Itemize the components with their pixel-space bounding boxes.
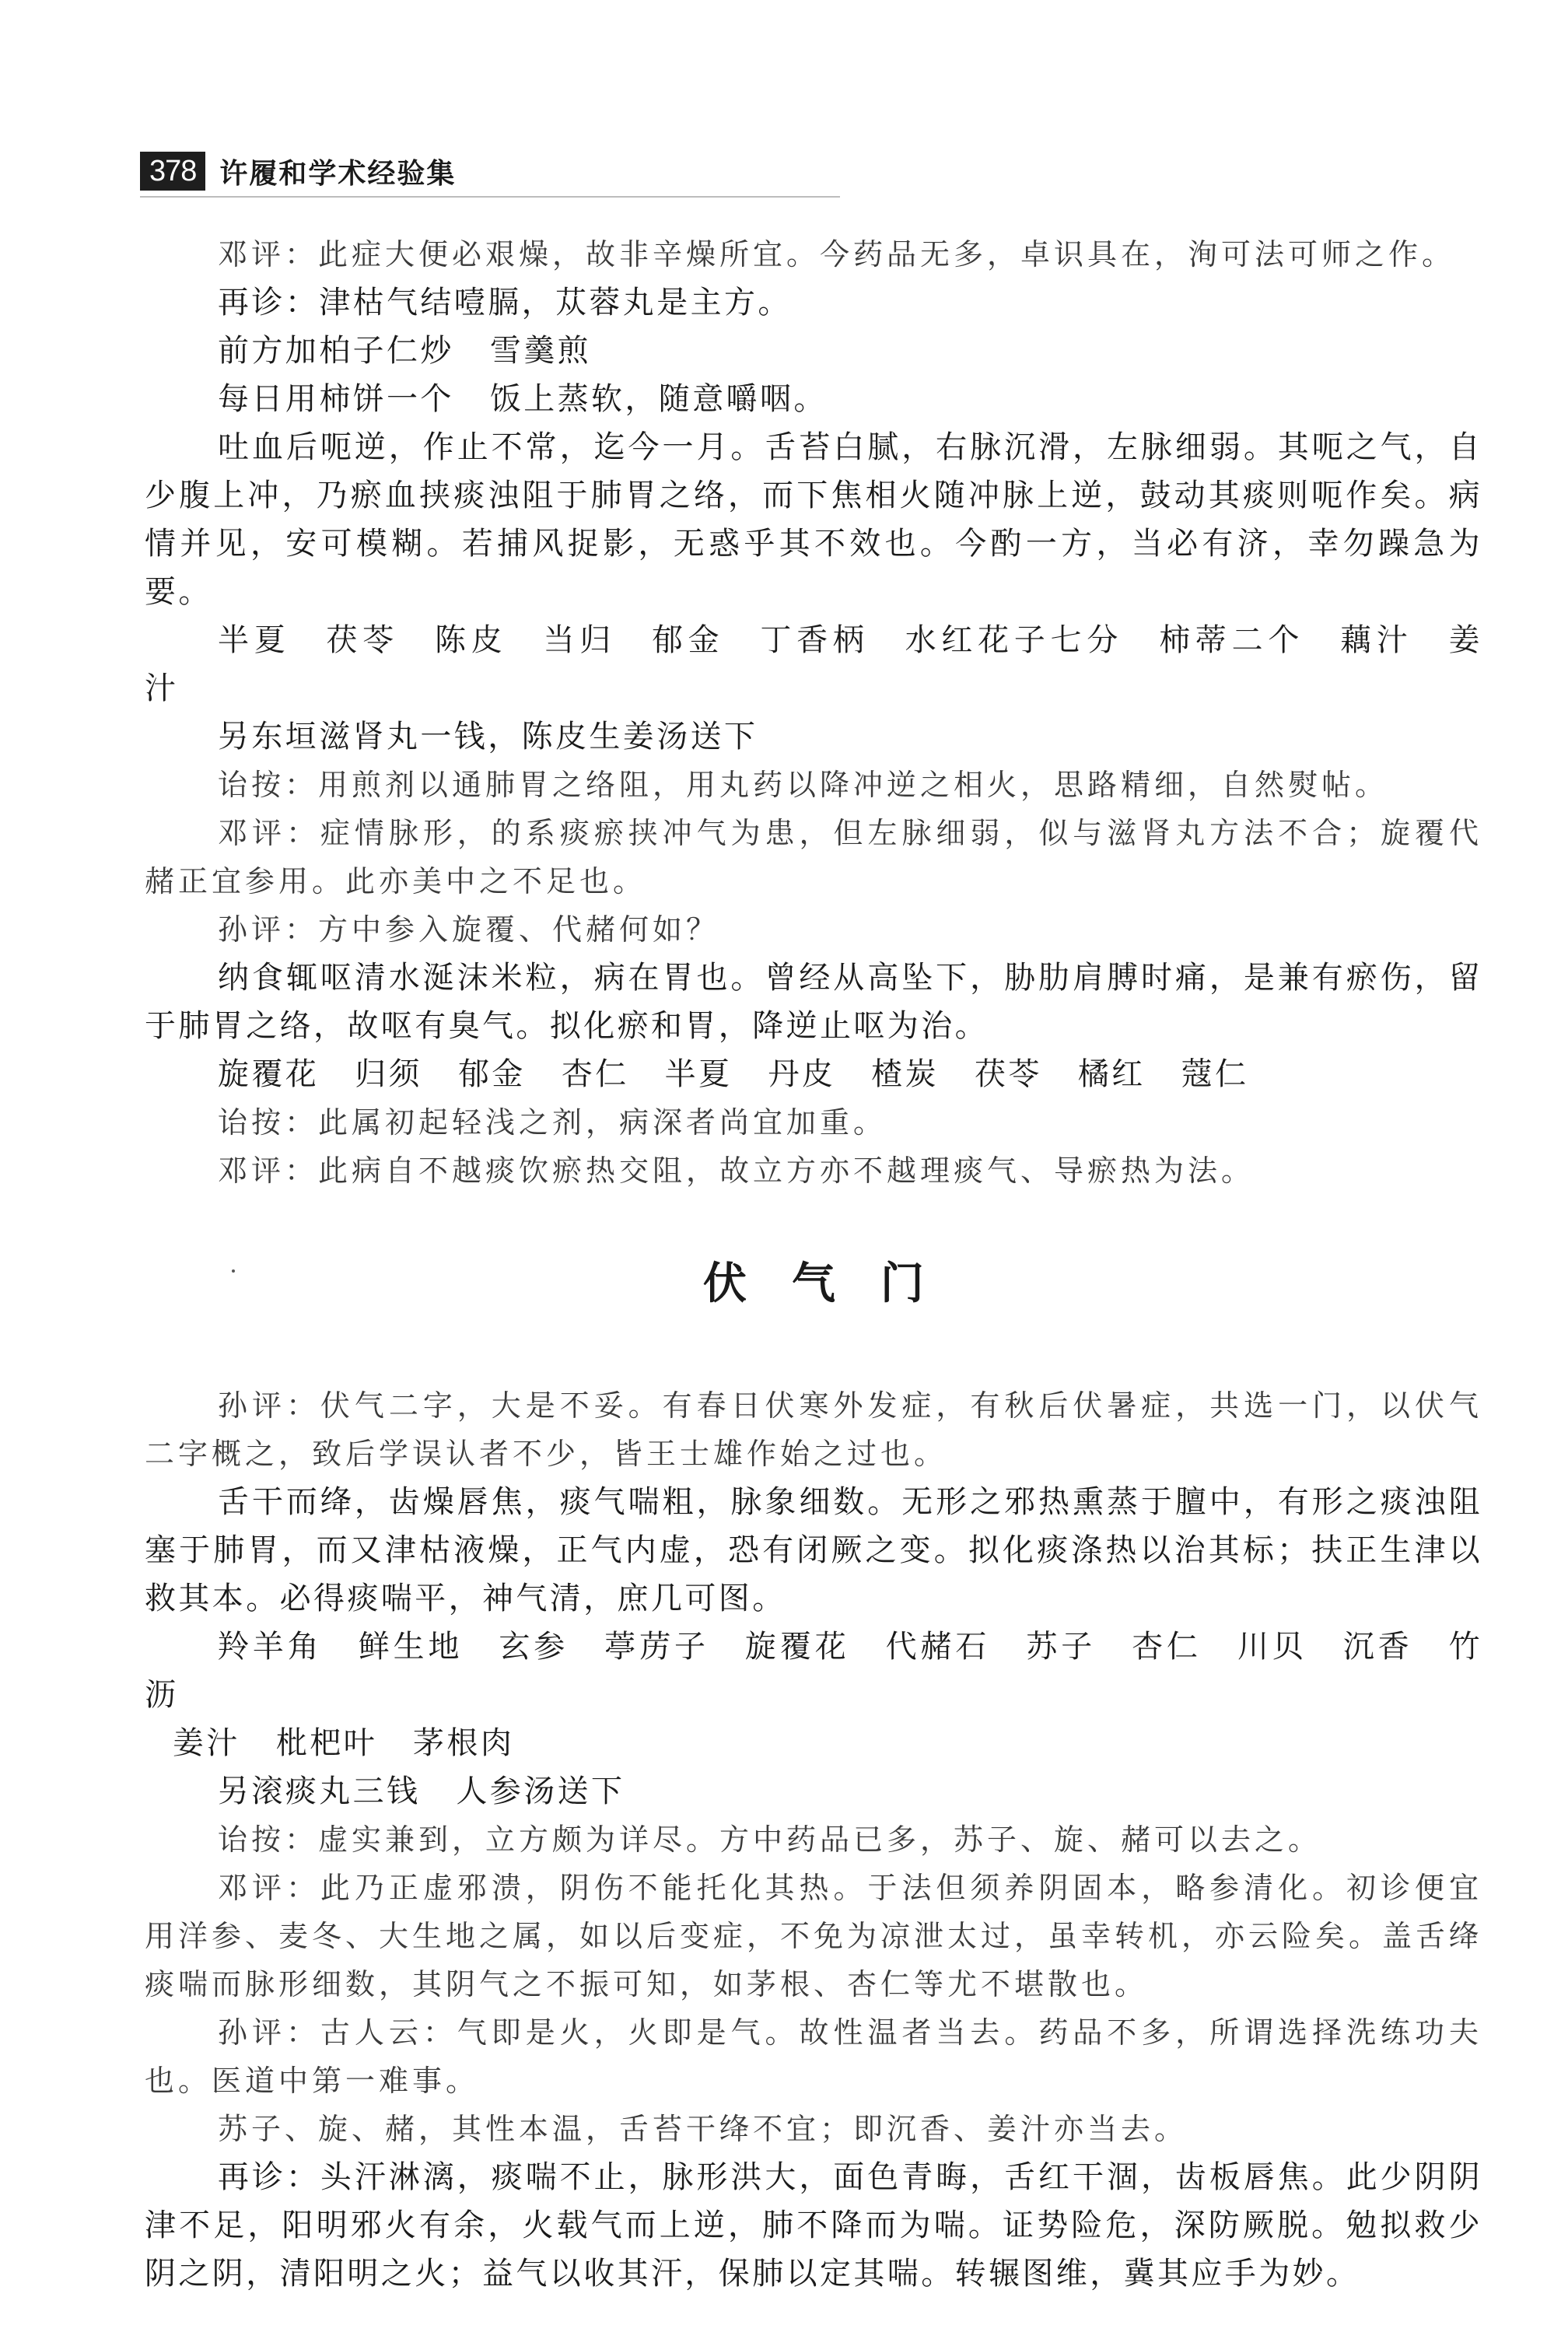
herb-item: 人参汤送下 (456, 1774, 625, 1809)
herb-item: 当归 (543, 622, 615, 658)
herb-item: 丹皮 (768, 1056, 835, 1092)
herb-item: 杏仁 (562, 1056, 629, 1092)
herb-item: 茯苓 (975, 1056, 1042, 1092)
herb-item: 茅根肉 (413, 1725, 514, 1761)
case-paragraph: 舌干而绛，齿燥唇焦，痰气喘粗，脉象细数。无形之邪热熏蒸于膻中，有形之痰浊阻塞于肺… (145, 1478, 1482, 1623)
commentary-paragraph: 诒按：用煎剂以通肺胃之络阻，用丸药以降冲逆之相火，思路精细，自然熨帖。 (145, 761, 1482, 809)
herb-item: 鲜生地 (359, 1629, 464, 1665)
herb-item: 茯苓 (326, 622, 398, 658)
page-body: 邓评：此症大便必艰燥，故非辛燥所宜。今药品无多，卓识具在，洵可法可师之作。再诊：… (145, 230, 1482, 2298)
herb-item: 橘红 (1078, 1056, 1146, 1092)
herb-item: 藕汁 (1340, 622, 1412, 658)
herb-item: 枇杷叶 (276, 1725, 377, 1761)
prescription-line: 半夏茯苓陈皮当归郁金丁香柄水红花子七分柿蒂二个藕汁姜汁 (145, 616, 1482, 713)
herb-item: 蔻仁 (1181, 1056, 1249, 1092)
herb-item: 半夏 (665, 1056, 733, 1092)
herb-item: 饭上蒸软，随意嚼咽。 (490, 381, 828, 417)
case-section-before: 邓评：此症大便必艰燥，故非辛燥所宜。今药品无多，卓识具在，洵可法可师之作。再诊：… (145, 230, 1482, 1195)
commentary-paragraph: 苏子、旋、赭，其性本温，舌苔干绛不宜；即沉香、姜汁亦当去。 (145, 2105, 1482, 2153)
prescription-line: 前方加柏子仁炒雪羹煎 (145, 327, 1482, 375)
commentary-paragraph: 邓评：此症大便必艰燥，故非辛燥所宜。今药品无多，卓识具在，洵可法可师之作。 (145, 230, 1482, 278)
commentary-paragraph: 邓评：此乃正虚邪溃，阴伤不能托化其热。于法但须养阴固本，略参清化。初诊便宜用洋参… (145, 1864, 1482, 2008)
herb-item: 沉香 (1343, 1629, 1413, 1665)
case-paragraph: 纳食辄呕清水涎沫米粒，病在胃也。曾经从高坠下，胁肋肩膊时痛，是兼有瘀伤，留于肺胃… (145, 954, 1482, 1050)
prescription-line: 另滚痰丸三钱人参汤送下 (145, 1767, 1482, 1816)
scan-speck (232, 1269, 235, 1273)
case-section-fuqi: 孙评：伏气二字，大是不妥。有春日伏寒外发症，有秋后伏暑症，共选一门，以伏气二字概… (145, 1381, 1482, 2298)
commentary-paragraph: 孙评：方中参入旋覆、代赭何如？ (145, 905, 1482, 954)
herb-item: 半夏 (218, 622, 290, 658)
herb-item: 姜汁 (173, 1725, 240, 1761)
commentary-paragraph: 诒按：虚实兼到，立方颇为详尽。方中药品已多，苏子、旋、赭可以去之。 (145, 1816, 1482, 1864)
herb-item: 柿蒂二个 (1159, 622, 1304, 658)
case-paragraph: 另东垣滋肾丸一钱，陈皮生姜汤送下 (145, 713, 1482, 761)
herb-item: 代赭石 (886, 1629, 991, 1665)
prescription-line: 每日用柿饼一个饭上蒸软，随意嚼咽。 (145, 375, 1482, 423)
prescription-line: 姜汁枇杷叶茅根肉 (145, 1719, 1482, 1767)
herb-item: 郁金 (458, 1056, 526, 1092)
herb-item: 陈皮 (435, 622, 507, 658)
herb-item: 前方加柏子仁炒 (218, 333, 454, 369)
herb-item: 另滚痰丸三钱 (218, 1774, 420, 1809)
prescription-line: 羚羊角鲜生地玄参葶苈子旋覆花代赭石苏子杏仁川贝沉香竹沥 (145, 1623, 1482, 1719)
herb-item: 葶苈子 (604, 1629, 709, 1665)
commentary-paragraph: 邓评：此病自不越痰饮瘀热交阻，故立方亦不越理痰气、导瘀热为法。 (145, 1147, 1482, 1195)
page-number: 378 (140, 152, 205, 191)
case-paragraph: 再诊：头汗淋漓，痰喘不止，脉形洪大，面色青晦，舌红干涸，齿板唇焦。此少阴阴津不足… (145, 2153, 1482, 2298)
herb-item: 旋覆花 (745, 1629, 850, 1665)
herb-item: 郁金 (652, 622, 724, 658)
herb-item: 旋覆花 (218, 1056, 319, 1092)
commentary-paragraph: 诒按：此属初起轻浅之剂，病深者尚宜加重。 (145, 1098, 1482, 1147)
header-rule (140, 196, 840, 198)
herb-item: 归须 (355, 1056, 422, 1092)
herb-item: 每日用柿饼一个 (218, 381, 454, 417)
prescription-line: 旋覆花归须郁金杏仁半夏丹皮楂炭茯苓橘红蔻仁 (145, 1050, 1482, 1098)
herb-item: 玄参 (499, 1629, 569, 1665)
herb-item: 丁香柄 (760, 622, 869, 658)
herb-item: 杏仁 (1132, 1629, 1202, 1665)
herb-item: 楂炭 (871, 1056, 939, 1092)
herb-item: 雪羹煎 (490, 333, 591, 369)
commentary-paragraph: 孙评：古人云：气即是火，火即是气。故性温者当去。药品不多，所谓选择洗练功夫也。医… (145, 2008, 1482, 2105)
commentary-paragraph: 邓评：症情脉形，的系痰瘀挟冲气为患，但左脉细弱，似与滋肾丸方法不合；旋覆代赭正宜… (145, 809, 1482, 905)
section-title: 伏气门 (145, 1249, 1482, 1311)
herb-item: 羚羊角 (218, 1629, 323, 1665)
commentary-paragraph: 孙评：伏气二字，大是不妥。有春日伏寒外发症，有秋后伏暑症，共选一门，以伏气二字概… (145, 1381, 1482, 1478)
running-header: 378 许履和学术经验集 (140, 149, 456, 193)
herb-item: 川贝 (1237, 1629, 1307, 1665)
herb-item: 苏子 (1026, 1629, 1096, 1665)
herb-item: 水红花子七分 (905, 622, 1123, 658)
case-paragraph: 吐血后呃逆，作止不常，迄今一月。舌苔白腻，右脉沉滑，左脉细弱。其呃之气，自少腹上… (145, 423, 1482, 616)
case-paragraph: 再诊：津枯气结噎膈，苁蓉丸是主方。 (145, 278, 1482, 327)
book-title: 许履和学术经验集 (219, 152, 456, 191)
